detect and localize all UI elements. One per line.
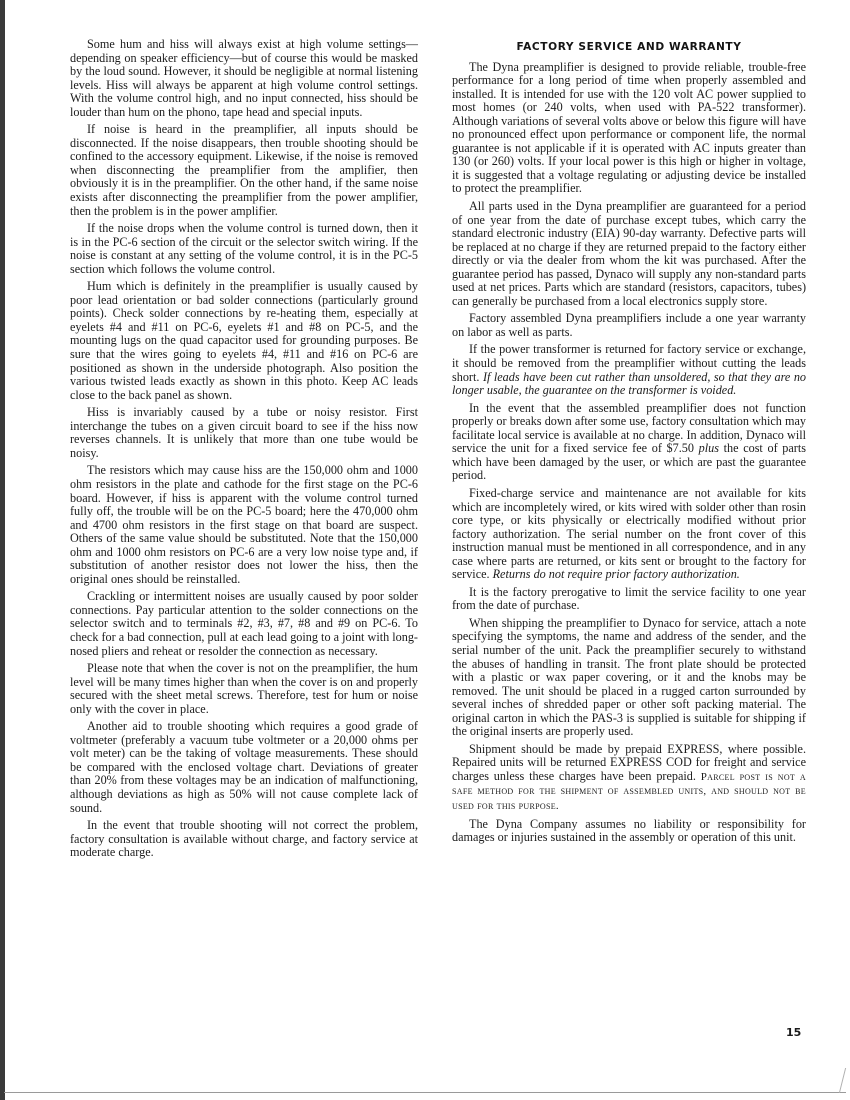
page-number: 15 — [786, 1026, 801, 1039]
paragraph-service-limit: It is the factory prerogative to limit t… — [452, 586, 806, 613]
transformer-warning-italic: If leads have been cut rather than unsol… — [452, 370, 806, 398]
paragraph-factory-consultation: In the event that trouble shooting will … — [70, 819, 418, 860]
returns-italic: Returns do not require prior factory aut… — [493, 567, 740, 581]
scan-edge-left — [0, 0, 5, 1100]
section-heading: FACTORY SERVICE AND WARRANTY — [452, 41, 806, 55]
paragraph-factory-assembled: Factory assembled Dyna preamplifiers inc… — [452, 312, 806, 339]
paragraph-noise-inputs: If noise is heard in the preamplifier, a… — [70, 123, 418, 218]
paragraph-crackling: Crackling or intermittent noises are usu… — [70, 590, 418, 658]
paragraph-cover-note: Please note that when the cover is not o… — [70, 662, 418, 716]
paragraph-volume-control: If the noise drops when the volume contr… — [70, 222, 418, 276]
paragraph-voltmeter: Another aid to trouble shooting which re… — [70, 720, 418, 815]
service-fee-italic: plus — [699, 441, 719, 455]
paragraph-fixed-charge: Fixed-charge service and maintenance are… — [452, 487, 806, 582]
paragraph-liability: The Dyna Company assumes no liability or… — [452, 818, 806, 845]
paragraph-hum-hiss-intro: Some hum and hiss will always exist at h… — [70, 38, 418, 119]
scan-edge-right — [839, 1068, 846, 1093]
paragraph-hiss-causes: Hiss is invariably caused by a tube or n… — [70, 406, 418, 460]
paragraph-shipping: When shipping the preamplifier to Dynaco… — [452, 617, 806, 739]
paragraph-shipment-method: Shipment should be made by prepaid EXPRE… — [452, 743, 806, 814]
paragraph-hum-causes: Hum which is definitely in the preamplif… — [70, 280, 418, 402]
paragraph-transformer-return: If the power transformer is returned for… — [452, 343, 806, 397]
paragraph-parts-guarantee: All parts used in the Dyna preamplifier … — [452, 200, 806, 308]
paragraph-design-power: The Dyna preamplifier is designed to pro… — [452, 61, 806, 196]
right-column: FACTORY SERVICE AND WARRANTY The Dyna pr… — [452, 38, 806, 849]
scan-edge-bottom — [4, 1092, 846, 1093]
paragraph-resistors: The resistors which may cause hiss are t… — [70, 464, 418, 586]
left-column: Some hum and hiss will always exist at h… — [70, 38, 418, 864]
paragraph-service-fee: In the event that the assembled preampli… — [452, 402, 806, 483]
